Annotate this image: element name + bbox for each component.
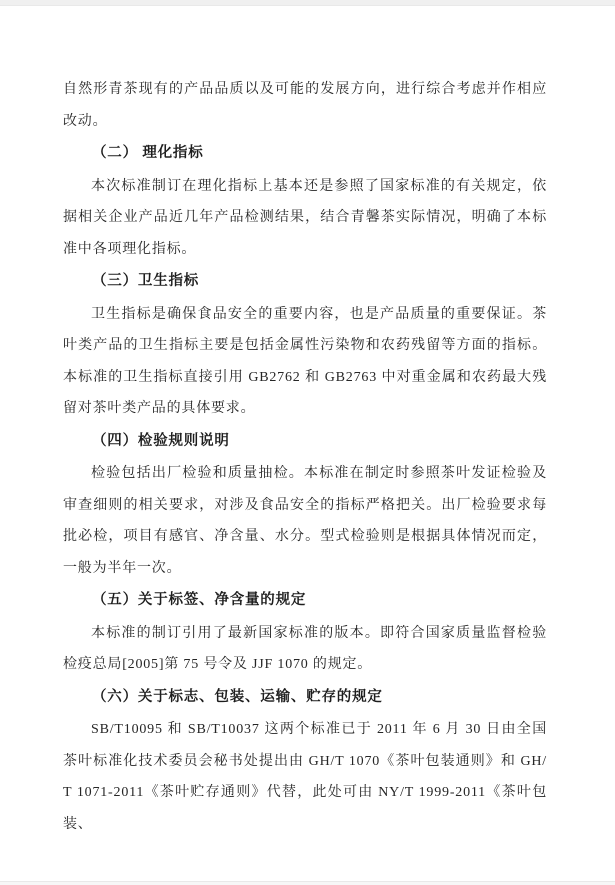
section-heading-3-hygiene-indicators: （三）卫生指标 (63, 266, 547, 298)
paragraph-continuation: 自然形青茶现有的产品品质以及可能的发展方向，进行综合考虑并作相应改动。 (63, 74, 547, 137)
page-bottom-edge (0, 881, 615, 885)
section-heading-2-physical-chemical-indicators: （二） 理化指标 (63, 138, 547, 170)
paragraph-label-net-content: 本标准的制订引用了最新国家标准的版本。即符合国家质量监督检验检疫总局[2005]… (63, 618, 547, 681)
section-heading-6-marking-packaging-transport-storage: （六）关于标志、包装、运输、贮存的规定 (63, 682, 547, 714)
section-heading-5-label-net-content: （五）关于标签、净含量的规定 (63, 585, 547, 617)
paragraph-inspection-rules: 检验包括出厂检验和质量抽检。本标准在制定时参照茶叶发证检验及审查细则的相关要求，… (63, 458, 547, 584)
paragraph-marking-packaging-transport-storage: SB/T10095 和 SB/T10037 这两个标准已于 2011 年 6 月… (63, 714, 547, 840)
paragraph-physical-chemical-indicators: 本次标准制订在理化指标上基本还是参照了国家标准的有关规定，依据相关企业产品近几年… (63, 171, 547, 266)
paragraph-hygiene-indicators: 卫生指标是确保食品安全的重要内容，也是产品质量的重要保证。茶叶类产品的卫生指标主… (63, 299, 547, 425)
section-heading-4-inspection-rules: （四）检验规则说明 (63, 426, 547, 458)
document-page: 自然形青茶现有的产品品质以及可能的发展方向，进行综合考虑并作相应改动。 （二） … (0, 0, 615, 885)
document-content: 自然形青茶现有的产品品质以及可能的发展方向，进行综合考虑并作相应改动。 （二） … (0, 0, 615, 840)
